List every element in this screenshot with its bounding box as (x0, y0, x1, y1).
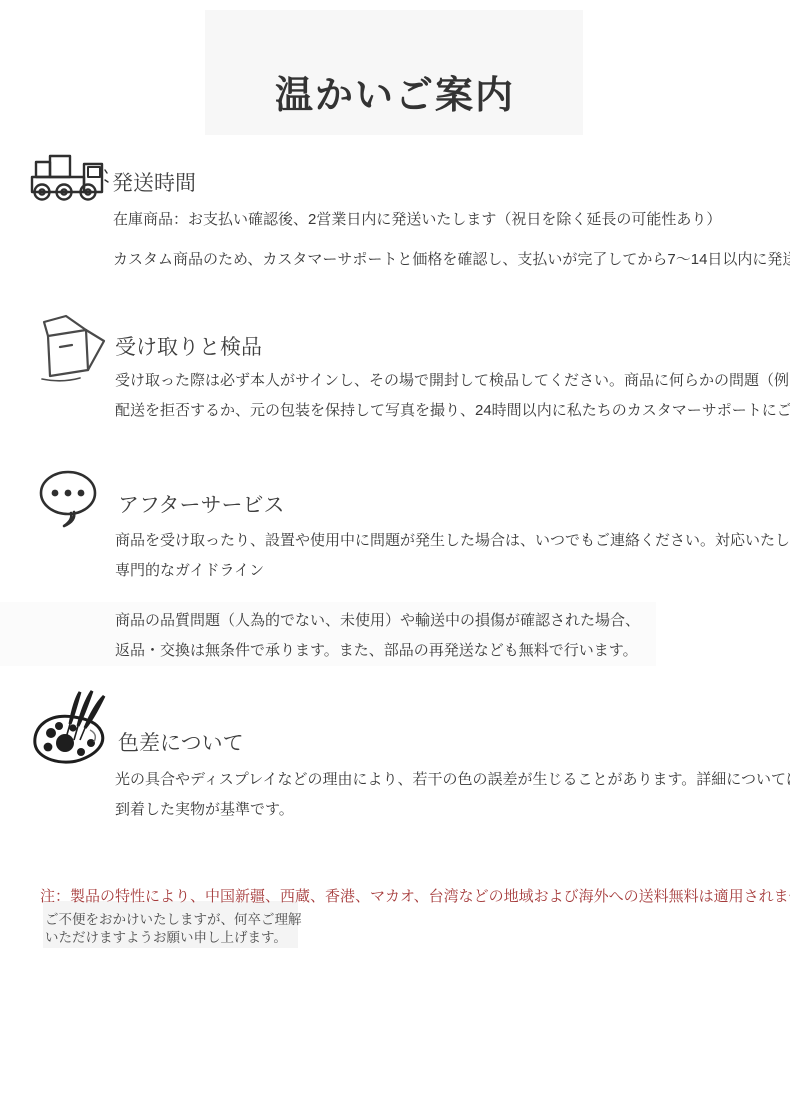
after-service-line-1: 商品を受け取ったり、設置や使用中に問題が発生した場合は、いつでもご連絡ください。… (115, 531, 790, 551)
receiving-line-2: 配送を拒否するか、元の包装を保持して写真を撮り、24時間以内に私たちのカスタマー… (115, 401, 790, 421)
shipping-restriction-warning: 注：製品の特性により、中国新疆、西蔵、香港、マカオ、台湾などの地域および海外への… (40, 885, 790, 906)
apology-line-1: ご不便をおかけいたしますが、何卒ご理解 (45, 908, 302, 928)
color-difference-line-2: 到着した実物が基準です。 (115, 800, 294, 820)
section-heading-receiving: 受け取りと検品 (115, 331, 262, 361)
page-title: 温かいご案内 (0, 64, 790, 119)
section-heading-shipping: 発送時間 (112, 167, 196, 197)
speech-bubble-icon (38, 468, 102, 533)
section-heading-after-service: アフターサービス (118, 489, 285, 519)
palette-icon (28, 690, 120, 773)
guide-page: 温かいご案内 発送時間 在庫商品：お支払い確認後、2営業日内に発送いたします（祝… (0, 0, 790, 1094)
receiving-line-1: 受け取った際は必ず本人がサインし、その場で開封して検品してください。商品に何らか… (115, 371, 790, 391)
after-service-line-3: 商品の品質問題（人為的でない、未使用）や輸送中の損傷が確認された場合、 (115, 611, 640, 631)
apology-line-2: いただけますようお願い申し上げます。 (45, 926, 287, 946)
after-service-line-4: 返品・交換は無条件で承ります。また、部品の再発送なども無料で行います。 (115, 641, 638, 661)
shipping-line-2: カスタム商品のため、カスタマーサポートと価格を確認し、支払いが完了してから7～1… (113, 250, 790, 270)
color-difference-line-1: 光の具合やディスプレイなどの理由により、若干の色の誤差が生じることがあります。詳… (115, 770, 790, 790)
truck-icon (28, 150, 110, 207)
after-service-line-2: 専門的なガイドライン (115, 561, 264, 581)
shipping-line-1: 在庫商品：お支払い確認後、2営業日内に発送いたします（祝日を除く延長の可能性あり… (113, 210, 721, 230)
box-icon (34, 306, 112, 389)
section-heading-color-difference: 色差について (118, 727, 244, 757)
